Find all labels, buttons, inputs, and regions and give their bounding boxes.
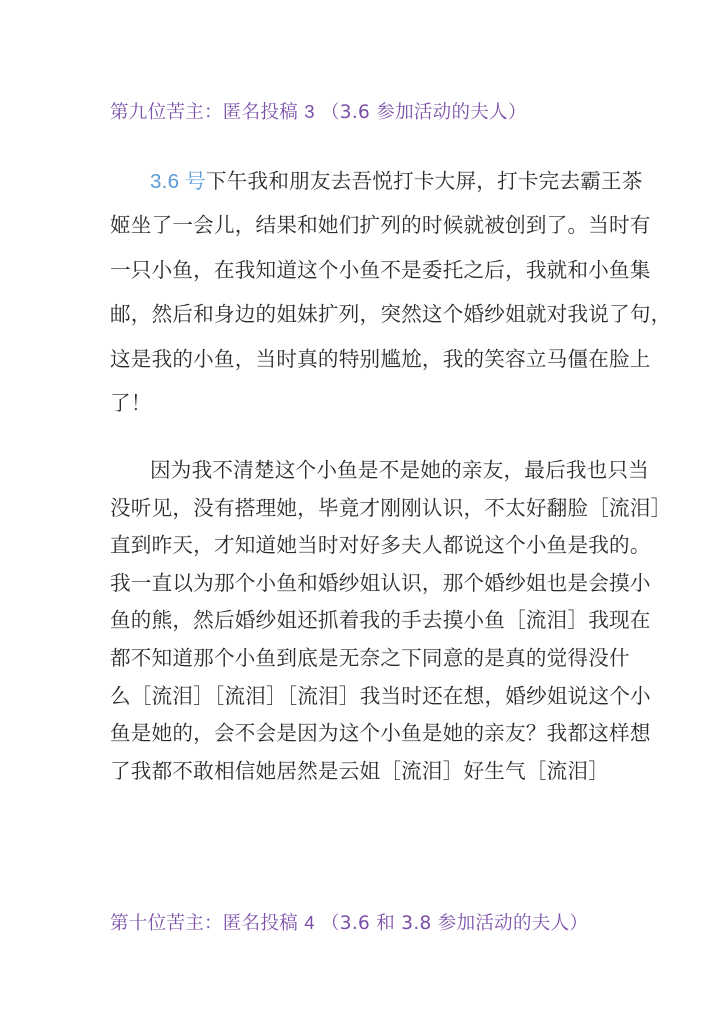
paragraph-line: 了我都不敢相信她居然是云姐［流泪］好生气［流泪］ [110, 754, 609, 784]
paragraph-line: 了！ [110, 386, 152, 416]
paragraph-line: 3.6 号下午我和朋友去吾悦打卡大屏，打卡完去霸王茶 [150, 164, 643, 194]
date-highlight: 3.6 号 [150, 170, 206, 193]
heading-suffix: （3.6 参加活动的夫人） [321, 102, 527, 123]
paragraph-line: 因为我不清楚这个小鱼是不是她的亲友，最后我也只当 [150, 453, 649, 483]
heading-prefix: 第十位苦主：匿名投稿 [110, 913, 298, 934]
paragraph-line: 鱼的熊，然后婚纱姐还抓着我的手去摸小鱼［流泪］我现在 [110, 603, 651, 633]
paragraph-line: 邮，然后和身边的姐妹扩列，突然这个婚纱姐就对我说了句， [110, 297, 671, 327]
document-page: 第九位苦主：匿名投稿 3 （3.6 参加活动的夫人） 3.6 号下午我和朋友去吾… [0, 0, 724, 1024]
heading-prefix: 第九位苦主：匿名投稿 [110, 102, 298, 123]
paragraph-line: 这是我的小鱼，当时真的特别尴尬，我的笑容立马僵在脸上 [110, 342, 651, 372]
section-heading-10: 第十位苦主：匿名投稿 4 （3.6 和 3.8 参加活动的夫人） [110, 909, 588, 935]
section-heading-9: 第九位苦主：匿名投稿 3 （3.6 参加活动的夫人） [110, 98, 527, 124]
heading-number: 3 [304, 101, 315, 122]
paragraph-line: 我一直以为那个小鱼和婚纱姐认识，那个婚纱姐也是会摸小 [110, 566, 651, 596]
paragraph-line: 直到昨天，才知道她当时对好多夫人都说这个小鱼是我的。 [110, 528, 651, 558]
paragraph-line: 鱼是她的，会不会是因为这个小鱼是她的亲友？我都这样想 [110, 716, 651, 746]
paragraph-line: 没听见，没有搭理她，毕竟才刚刚认识，不太好翻脸［流泪］ [110, 491, 671, 521]
heading-number: 4 [304, 912, 315, 933]
paragraph-line: 姬坐了一会儿，结果和她们扩列的时候就被创到了。当时有 [110, 208, 651, 238]
paragraph-line: 么［流泪］［流泪］［流泪］我当时还在想，婚纱姐说这个小 [110, 679, 651, 709]
paragraph-line: 一只小鱼，在我知道这个小鱼不是委托之后，我就和小鱼集 [110, 253, 651, 283]
paragraph-line: 都不知道那个小鱼到底是无奈之下同意的是真的觉得没什 [110, 641, 630, 671]
heading-suffix: （3.6 和 3.8 参加活动的夫人） [321, 913, 588, 934]
